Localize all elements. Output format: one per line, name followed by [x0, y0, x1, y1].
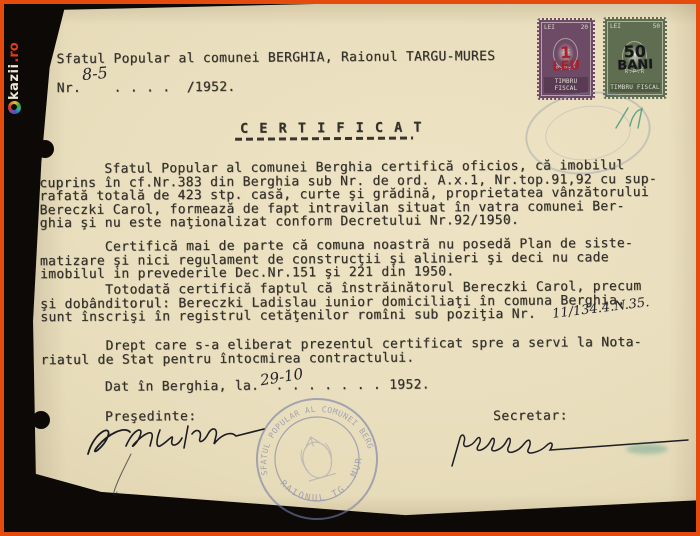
green-pen-mark: [608, 102, 654, 136]
stray-pen-stroke: [107, 452, 139, 498]
handwritten-document-number: 8-5: [81, 63, 108, 84]
fiscal-stamp-1-leu: LEI 20 ✶ R.P.R TIMBRU FISCAL 1 LEU: [537, 18, 595, 100]
okazii-watermark: kazii .ro: [4, 12, 22, 122]
secretary-label: Secretar:: [493, 408, 568, 424]
body-line: sunt înscrişi în registrul cetăţenilor r…: [40, 307, 536, 325]
body-line: riatul de Stat pentru întocmirea contrac…: [41, 350, 415, 368]
body-line: ghia şi nu este naţionalizat conform Dec…: [40, 213, 520, 231]
title-underline: [235, 137, 413, 141]
issuer-line: Sfatul Popular al comunei BERGHIA, Raion…: [56, 49, 495, 67]
stamp-overprint: 1 LEU: [538, 19, 595, 99]
watermark-site-name: kazii: [7, 64, 22, 100]
watermark-site-tld: .ro: [7, 42, 22, 62]
punch-hole-bottom: [32, 411, 50, 429]
punch-hole-top: [36, 140, 54, 158]
fiscal-stamp-50-bani: LEI 50 ✶ R.P.R TIMBRU FISCAL 50 BANI: [603, 17, 667, 99]
stamp-overprint: 50 BANI: [604, 18, 667, 98]
ink-smudge: [626, 444, 668, 454]
document-title: C E R T I F I C A T: [240, 119, 423, 136]
okazii-logo-icon: [8, 101, 21, 114]
body-line: imobilul in prevederile Dec.Nr.151 şi 22…: [40, 264, 455, 282]
president-signature: [76, 416, 276, 472]
photo-frame: kazii .ro LEI 20 ✶ R.P.R TIMBRU FISCAL 1…: [0, 0, 700, 536]
